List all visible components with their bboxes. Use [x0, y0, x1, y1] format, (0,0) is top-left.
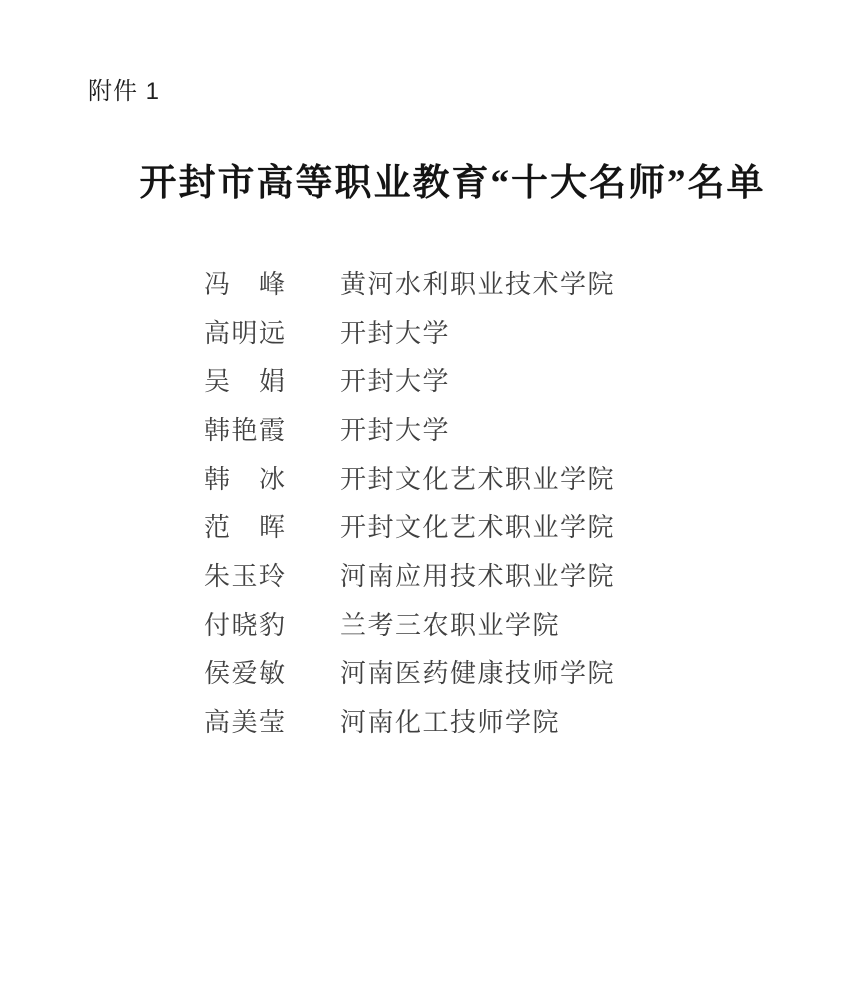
institution-name: 开封大学	[340, 410, 450, 447]
teacher-name: 侯爱敏	[204, 653, 340, 690]
institution-name: 开封大学	[340, 313, 450, 350]
teacher-name: 韩 冰	[204, 459, 340, 496]
institution-name: 开封文化艺术职业学院	[340, 459, 615, 496]
list-item: 朱玉玲 河南应用技术职业学院	[204, 550, 764, 599]
teacher-list: 冯 峰 黄河水利职业技术学院 高明远 开封大学 吴 娟 开封大学 韩艳霞 开封大…	[204, 258, 764, 745]
list-item: 范 晖 开封文化艺术职业学院	[204, 501, 764, 550]
list-item: 吴 娟 开封大学	[204, 355, 764, 404]
list-item: 付晓豹 兰考三农职业学院	[204, 599, 764, 648]
teacher-name: 高明远	[204, 313, 340, 350]
institution-name: 河南应用技术职业学院	[340, 556, 615, 593]
institution-name: 河南化工技师学院	[340, 702, 560, 739]
list-item: 冯 峰 黄河水利职业技术学院	[204, 258, 764, 307]
teacher-name: 付晓豹	[204, 605, 340, 642]
document-page: 附件 1 开封市高等职业教育“十大名师”名单 冯 峰 黄河水利职业技术学院 高明…	[0, 0, 851, 982]
institution-name: 开封文化艺术职业学院	[340, 507, 615, 544]
teacher-name: 韩艳霞	[204, 410, 340, 447]
institution-name: 开封大学	[340, 361, 450, 398]
list-item: 侯爱敏 河南医药健康技师学院	[204, 648, 764, 697]
document-title: 开封市高等职业教育“十大名师”名单	[0, 163, 851, 205]
list-item: 高明远 开封大学	[204, 307, 764, 356]
list-item: 韩 冰 开封文化艺术职业学院	[204, 453, 764, 502]
institution-name: 河南医药健康技师学院	[340, 653, 615, 690]
teacher-name: 冯 峰	[204, 264, 340, 301]
teacher-name: 高美莹	[204, 702, 340, 739]
teacher-name: 范 晖	[204, 507, 340, 544]
list-item: 高美莹 河南化工技师学院	[204, 696, 764, 745]
institution-name: 兰考三农职业学院	[340, 605, 560, 642]
institution-name: 黄河水利职业技术学院	[340, 264, 615, 301]
teacher-name: 吴 娟	[204, 361, 340, 398]
teacher-name: 朱玉玲	[204, 556, 340, 593]
attachment-label: 附件 1	[88, 78, 160, 106]
list-item: 韩艳霞 开封大学	[204, 404, 764, 453]
